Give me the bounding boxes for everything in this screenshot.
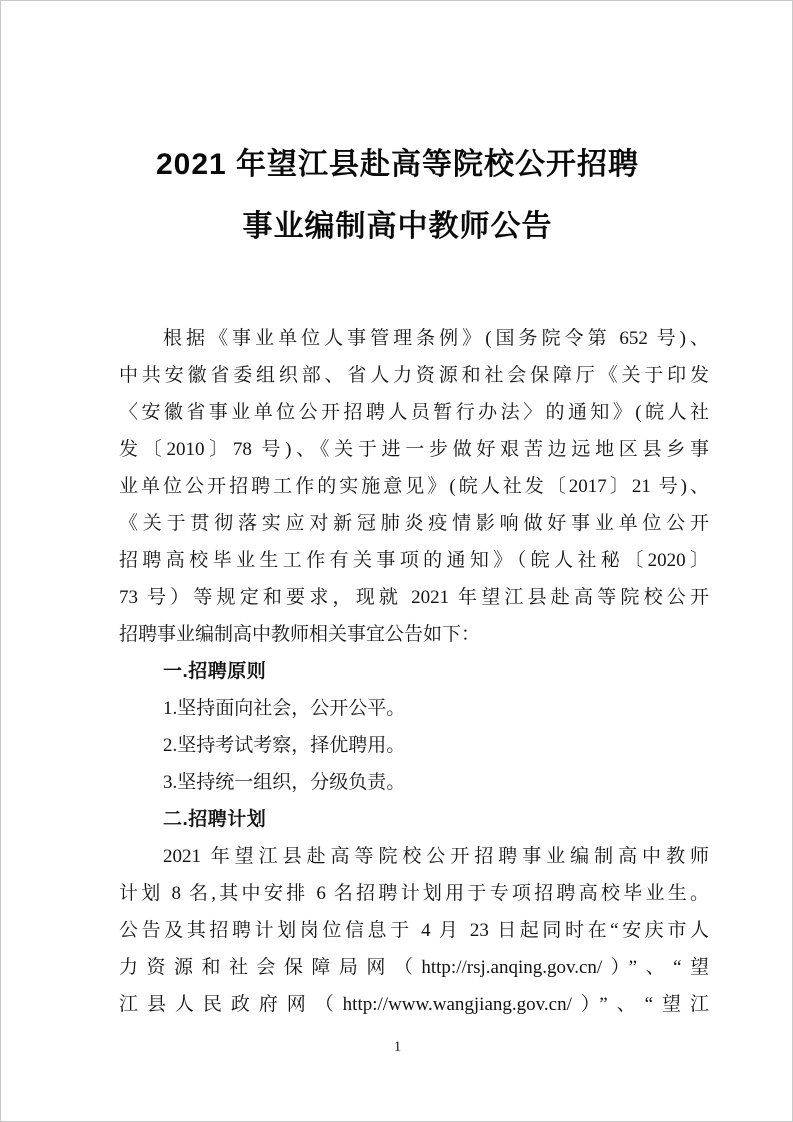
paragraph-line: 力资源和社会保障局网（http://rsj.anqing.gov.cn/）”、“… bbox=[119, 949, 709, 986]
paragraph-line: 《关于贯彻落实应对新冠肺炎疫情影响做好事业单位公开 bbox=[119, 505, 709, 542]
paragraph-line: 发〔2010〕78 号)、《关于进一步做好艰苦边远地区县乡事 bbox=[119, 431, 709, 468]
title-line-2: 事业编制高中教师公告 bbox=[1, 196, 793, 258]
paragraph-line: 根据《事业单位人事管理条例》(国务院令第 652 号)、 bbox=[119, 320, 709, 357]
page-number: 1 bbox=[1, 1037, 793, 1057]
list-item: 1.坚持面向社会，公开公平。 bbox=[119, 690, 709, 727]
paragraph-line: 中共安徽省委组织部、省人力资源和社会保障厅《关于印发 bbox=[119, 357, 709, 394]
list-item: 3.坚持统一组织，分级负责。 bbox=[119, 764, 709, 801]
title-line-1: 2021 年望江县赴高等院校公开招聘 bbox=[1, 134, 793, 196]
paragraph-line: 业单位公开招聘工作的实施意见》(皖人社发〔2017〕21 号)、 bbox=[119, 468, 709, 505]
document-title: 2021 年望江县赴高等院校公开招聘 事业编制高中教师公告 bbox=[1, 134, 793, 258]
paragraph-line: 计划 8 名,其中安排 6 名招聘计划用于专项招聘高校毕业生。 bbox=[119, 875, 709, 912]
section-heading-recruit-plan: 二.招聘计划 bbox=[119, 801, 709, 838]
list-item: 2.坚持考试考察，择优聘用。 bbox=[119, 727, 709, 764]
paragraph-line: 招聘高校毕业生工作有关事项的通知》（皖人社秘〔2020〕 bbox=[119, 542, 709, 579]
paragraph-line: 江县人民政府网（http://www.wangjiang.gov.cn/）”、“… bbox=[119, 986, 709, 1023]
paragraph-line: 73 号）等规定和要求，现就 2021 年望江县赴高等院校公开 bbox=[119, 579, 709, 616]
section-heading-recruit-principles: 一.招聘原则 bbox=[119, 653, 709, 690]
paragraph-line: 公告及其招聘计划岗位信息于 4 月 23 日起同时在“安庆市人 bbox=[119, 912, 709, 949]
paragraph-line: 招聘事业编制高中教师相关事宜公告如下： bbox=[119, 616, 709, 653]
document-page: 2021 年望江县赴高等院校公开招聘 事业编制高中教师公告 根据《事业单位人事管… bbox=[0, 0, 793, 1122]
paragraph-line: 2021 年望江县赴高等院校公开招聘事业编制高中教师 bbox=[119, 838, 709, 875]
document-body: 根据《事业单位人事管理条例》(国务院令第 652 号)、 中共安徽省委组织部、省… bbox=[119, 320, 709, 1023]
paragraph-line: 〈安徽省事业单位公开招聘人员暂行办法〉的通知》(皖人社 bbox=[119, 394, 709, 431]
